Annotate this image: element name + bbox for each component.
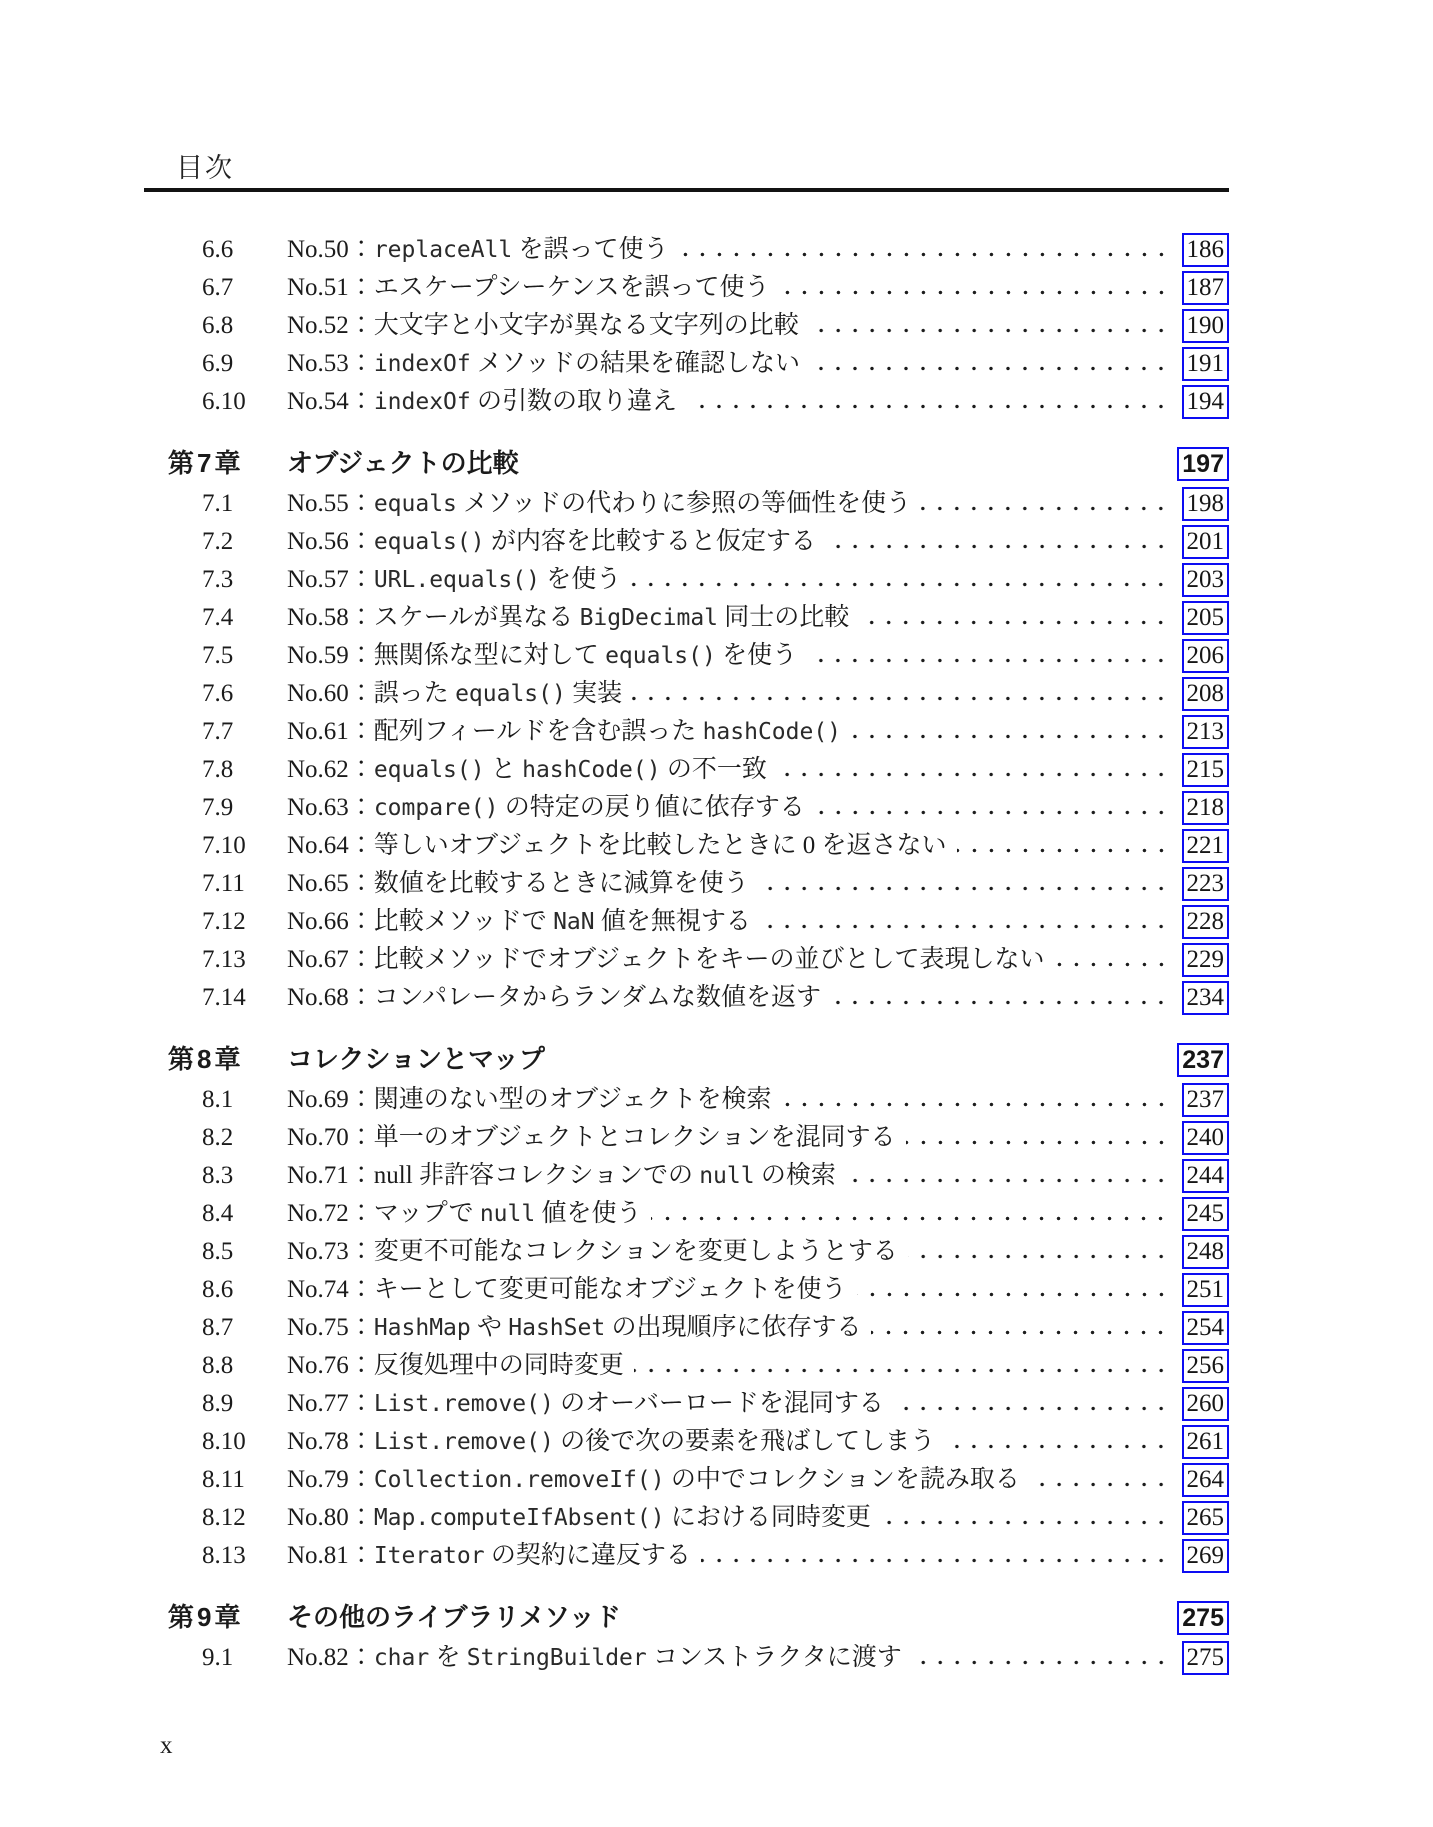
entry-number: 8.11 — [144, 1461, 287, 1499]
entry-number: 6.6 — [144, 231, 287, 269]
page-link[interactable]: 229 — [1182, 943, 1230, 977]
entry-number: 7.1 — [144, 485, 287, 523]
page-link[interactable]: 186 — [1182, 233, 1230, 267]
title-code-segment: equals() — [374, 529, 485, 555]
title-text-segment: No.55： — [287, 490, 374, 517]
title-code-segment: List.remove() — [374, 1391, 554, 1417]
title-text-segment: No.79： — [287, 1466, 374, 1493]
title-text-segment: No.73：変更不可能なコレクションを変更しようとする — [287, 1238, 898, 1265]
dot-leader — [555, 1063, 1165, 1068]
dot-leader — [807, 658, 1169, 663]
title-text-segment: 値を使う — [535, 1200, 641, 1227]
dot-leader — [906, 1140, 1170, 1145]
toc-entry: 7.7 No.61：配列フィールドを含む誤った hashCode() 213 — [144, 713, 1229, 751]
entry-number: 第7章 — [144, 443, 287, 483]
toc-entry: 8.5 No.73：変更不可能なコレクションを変更しようとする 248 — [144, 1233, 1229, 1271]
title-text-segment: No.51：エスケープシーケンスを誤って使う — [287, 274, 770, 301]
toc-entry: 7.8 No.62：equals() と hashCode() の不一致 215 — [144, 751, 1229, 789]
title-code-segment: HashSet — [508, 1315, 605, 1341]
title-code-segment: hashCode() — [703, 719, 841, 745]
title-code-segment: Iterator — [374, 1543, 485, 1569]
toc-entry: 8.4 No.72：マップで null 値を使う 245 — [144, 1195, 1229, 1233]
entry-title: No.66：比較メソッドで NaN 値を無視する — [287, 903, 751, 941]
title-text-segment: の契約に違反する — [485, 1542, 691, 1569]
dot-leader — [777, 772, 1170, 777]
toc-entry: 6.9 No.53：indexOf メソッドの結果を確認しない 191 — [144, 345, 1229, 383]
entry-number: 7.4 — [144, 599, 287, 637]
entry-title: No.54：indexOf の引数の取り違え — [287, 383, 677, 421]
toc-entry: 7.11 No.65：数値を比較するときに減算を使う 223 — [144, 865, 1229, 903]
toc-entry: 8.13 No.81：Iterator の契約に違反する 269 — [144, 1537, 1229, 1575]
entry-title: No.78：List.remove() の後で次の要素を飛ばしてしまう — [287, 1423, 935, 1461]
entry-number: 第9章 — [144, 1597, 287, 1637]
entry-title: No.80：Map.computeIfAbsent() における同時変更 — [287, 1499, 871, 1537]
entry-number: 7.8 — [144, 751, 287, 789]
page-link[interactable]: 191 — [1182, 347, 1230, 381]
title-text-segment: その他のライブラリメソッド — [287, 1602, 621, 1632]
entry-title: No.72：マップで null 値を使う — [287, 1195, 641, 1233]
entry-title: No.59：無関係な型に対して equals() を使う — [287, 637, 797, 675]
entry-title: その他のライブラリメソッド — [287, 1597, 621, 1637]
entry-number: 7.5 — [144, 637, 287, 675]
title-code-segment: HashMap — [374, 1315, 471, 1341]
page-link[interactable]: 206 — [1182, 639, 1230, 673]
entry-number: 7.14 — [144, 979, 287, 1017]
page-link[interactable]: 245 — [1182, 1197, 1230, 1231]
title-text-segment: の検索 — [755, 1162, 836, 1189]
entry-number: 8.1 — [144, 1081, 287, 1119]
title-text-segment: の不一致 — [661, 756, 767, 783]
title-code-segment: NaN — [553, 909, 595, 935]
entry-number: 8.7 — [144, 1309, 287, 1347]
entry-number: 6.10 — [144, 383, 287, 421]
dot-leader — [1055, 962, 1170, 967]
page-link[interactable]: 251 — [1182, 1273, 1230, 1307]
entry-title: No.58：スケールが異なる BigDecimal 同士の比較 — [287, 599, 849, 637]
page-link[interactable]: 213 — [1182, 715, 1230, 749]
page-link[interactable]: 248 — [1182, 1235, 1230, 1269]
entry-number: 8.4 — [144, 1195, 287, 1233]
title-code-segment: equals() — [605, 643, 716, 669]
title-text-segment: メソッドの結果を確認しない — [471, 350, 800, 377]
title-text-segment: No.56： — [287, 528, 374, 555]
running-header: 目次 — [176, 146, 234, 185]
entry-title: No.74：キーとして変更可能なオブジェクトを使う — [287, 1271, 847, 1309]
entry-number: 7.7 — [144, 713, 287, 751]
dot-leader — [846, 1178, 1170, 1183]
toc-entry: 8.12 No.80：Map.computeIfAbsent() における同時変… — [144, 1499, 1229, 1537]
title-text-segment: No.61：配列フィールドを含む誤った — [287, 718, 703, 745]
dot-leader — [857, 1292, 1170, 1297]
dot-leader — [782, 1102, 1170, 1107]
toc-entry: 8.1 No.69：関連のない型のオブジェクトを検索 237 — [144, 1081, 1229, 1119]
title-text-segment: No.81： — [287, 1542, 374, 1569]
page-link[interactable]: 223 — [1182, 867, 1230, 901]
dot-leader — [759, 886, 1170, 891]
toc-list: 6.6 No.50：replaceAll を誤って使う 186 6.7 No.5… — [144, 231, 1229, 1677]
title-text-segment: が内容を比較すると仮定する — [485, 528, 816, 555]
page-link[interactable]: 215 — [1182, 753, 1230, 787]
entry-number: 8.8 — [144, 1347, 287, 1385]
dot-leader — [631, 1621, 1165, 1626]
entry-title: No.60：誤った equals() 実装 — [287, 675, 622, 713]
title-text-segment: No.65：数値を比較するときに減算を使う — [287, 870, 749, 897]
title-text-segment: No.67：比較メソッドでオブジェクトをキーの並びとして表現しない — [287, 946, 1045, 973]
page-link[interactable]: 228 — [1182, 905, 1230, 939]
entry-number: 6.9 — [144, 345, 287, 383]
page-link[interactable]: 244 — [1182, 1159, 1230, 1193]
title-text-segment: の後で次の要素を飛ばしてしまう — [554, 1428, 935, 1455]
page-link[interactable]: 264 — [1182, 1463, 1230, 1497]
title-text-segment: オブジェクトの比較 — [287, 448, 519, 478]
entry-title: No.68：コンパレータからランダムな数値を返す — [287, 979, 821, 1017]
title-text-segment: No.59：無関係な型に対して — [287, 642, 605, 669]
entry-number: 7.3 — [144, 561, 287, 599]
title-text-segment: と — [485, 756, 523, 783]
entry-number: 第8章 — [144, 1039, 287, 1079]
title-code-segment: Map.computeIfAbsent() — [374, 1505, 665, 1531]
dot-leader — [634, 1368, 1170, 1373]
entry-number: 8.10 — [144, 1423, 287, 1461]
title-code-segment: replaceAll — [374, 237, 512, 263]
title-text-segment: No.58：スケールが異なる — [287, 604, 580, 631]
footer-page-number: x — [160, 1732, 173, 1760]
toc-entry: 第8章 コレクションとマップ 237 — [144, 1039, 1229, 1079]
page-link[interactable]: 194 — [1182, 385, 1230, 419]
dot-leader — [651, 1216, 1169, 1221]
title-text-segment: や — [471, 1314, 509, 1341]
title-text-segment: No.75： — [287, 1314, 374, 1341]
toc-entry: 6.6 No.50：replaceAll を誤って使う 186 — [144, 231, 1229, 269]
title-text-segment: コレクションとマップ — [287, 1044, 545, 1074]
title-text-segment: No.52：大文字と小文字が異なる文字列の比較 — [287, 312, 799, 339]
title-text-segment: No.68：コンパレータからランダムな数値を返す — [287, 984, 821, 1011]
entry-number: 8.12 — [144, 1499, 287, 1537]
dot-leader — [701, 1558, 1170, 1563]
toc-entry: 7.6 No.60：誤った equals() 実装 208 — [144, 675, 1229, 713]
toc-entry: 7.1 No.55：equals メソッドの代わりに参照の等価性を使う 198 — [144, 485, 1229, 523]
toc-entry: 6.10 No.54：indexOf の引数の取り違え 194 — [144, 383, 1229, 421]
title-code-segment: StringBuilder — [467, 1645, 647, 1671]
page-link[interactable]: 269 — [1182, 1539, 1230, 1573]
title-text-segment: のオーバーロードを混同する — [554, 1390, 884, 1417]
title-code-segment: indexOf — [374, 389, 471, 415]
toc-entry: 7.4 No.58：スケールが異なる BigDecimal 同士の比較 205 — [144, 599, 1229, 637]
title-text-segment: の中でコレクションを読み取る — [665, 1466, 1020, 1493]
page-link[interactable]: 265 — [1182, 1501, 1230, 1535]
title-text-segment: No.62： — [287, 756, 374, 783]
dot-leader — [687, 404, 1169, 409]
toc-entry: 第9章 その他のライブラリメソッド 275 — [144, 1597, 1229, 1637]
dot-leader — [810, 366, 1169, 371]
title-text-segment: No.63： — [287, 794, 374, 821]
page-link[interactable]: 190 — [1182, 309, 1230, 343]
page-link[interactable]: 275 — [1177, 1601, 1229, 1635]
entry-title: No.79：Collection.removeIf() の中でコレクションを読み… — [287, 1461, 1020, 1499]
title-text-segment: No.72：マップで — [287, 1200, 480, 1227]
title-text-segment: の出現順序に依存する — [605, 1314, 861, 1341]
entry-title: No.77：List.remove() のオーバーロードを混同する — [287, 1385, 884, 1423]
entry-title: No.75：HashMap や HashSet の出現順序に依存する — [287, 1309, 861, 1347]
entry-number: 7.6 — [144, 675, 287, 713]
toc-entry: 8.9 No.77：List.remove() のオーバーロードを混同する 26… — [144, 1385, 1229, 1423]
dot-leader — [851, 734, 1169, 739]
entry-title: No.53：indexOf メソッドの結果を確認しない — [287, 345, 800, 383]
dot-leader — [826, 544, 1170, 549]
entry-title: オブジェクトの比較 — [287, 443, 519, 483]
title-code-segment: equals() — [374, 757, 485, 783]
dot-leader — [871, 1330, 1169, 1335]
page-link[interactable]: 203 — [1182, 563, 1230, 597]
title-text-segment: を誤って使う — [512, 236, 668, 263]
entry-title: No.67：比較メソッドでオブジェクトをキーの並びとして表現しない — [287, 941, 1045, 979]
title-text-segment: の引数の取り違え — [471, 388, 677, 415]
entry-number: 6.7 — [144, 269, 287, 307]
entry-number: 7.2 — [144, 523, 287, 561]
toc-entry: 8.2 No.70：単一のオブジェクトとコレクションを混同する 240 — [144, 1119, 1229, 1157]
title-text-segment: 実装 — [566, 680, 622, 707]
title-text-segment: コンストラクタに渡す — [647, 1644, 902, 1671]
dot-leader — [957, 848, 1170, 853]
toc-entry: 7.10 No.64：等しいオブジェクトを比較したときに 0 を返さない 221 — [144, 827, 1229, 865]
dot-leader — [859, 620, 1169, 625]
entry-number: 8.6 — [144, 1271, 287, 1309]
entry-title: No.55：equals メソッドの代わりに参照の等価性を使う — [287, 485, 911, 523]
dot-leader — [761, 924, 1170, 929]
page-link[interactable]: 254 — [1182, 1311, 1230, 1345]
title-code-segment: compare() — [374, 795, 499, 821]
toc-entry: 6.8 No.52：大文字と小文字が異なる文字列の比較 190 — [144, 307, 1229, 345]
page-link[interactable]: 240 — [1182, 1121, 1230, 1155]
toc-entry: 8.3 No.71：null 非許容コレクションでの null の検索 244 — [144, 1157, 1229, 1195]
title-text-segment: No.54： — [287, 388, 374, 415]
entry-number: 8.13 — [144, 1537, 287, 1575]
dot-leader — [945, 1444, 1169, 1449]
title-code-segment: hashCode() — [522, 757, 660, 783]
entry-title: No.50：replaceAll を誤って使う — [287, 231, 669, 269]
entry-title: No.52：大文字と小文字が異なる文字列の比較 — [287, 307, 799, 345]
title-code-segment: null — [480, 1201, 535, 1227]
page-link[interactable]: 237 — [1177, 1043, 1229, 1077]
entry-title: No.62：equals() と hashCode() の不一致 — [287, 751, 767, 789]
page-link[interactable]: 198 — [1182, 487, 1230, 521]
entry-title: No.56：equals() が内容を比較すると仮定する — [287, 523, 816, 561]
title-text-segment: No.66：比較メソッドで — [287, 908, 553, 935]
entry-number: 7.13 — [144, 941, 287, 979]
toc-entry: 8.11 No.79：Collection.removeIf() の中でコレクシ… — [144, 1461, 1229, 1499]
page-link[interactable]: 221 — [1182, 829, 1230, 863]
title-text-segment: No.50： — [287, 236, 374, 263]
title-text-segment: No.80： — [287, 1504, 374, 1531]
entry-title: No.51：エスケープシーケンスを誤って使う — [287, 269, 770, 307]
dot-leader — [912, 1660, 1170, 1665]
entry-title: No.63：compare() の特定の戻り値に依存する — [287, 789, 805, 827]
title-code-segment: null — [699, 1163, 754, 1189]
toc-entry: 7.9 No.63：compare() の特定の戻り値に依存する 218 — [144, 789, 1229, 827]
title-text-segment: の特定の戻り値に依存する — [498, 794, 804, 821]
page-link[interactable]: 208 — [1182, 677, 1230, 711]
title-text-segment: No.60：誤った — [287, 680, 455, 707]
entry-title: コレクションとマップ — [287, 1039, 545, 1079]
toc-entry: 8.10 No.78：List.remove() の後で次の要素を飛ばしてしまう… — [144, 1423, 1229, 1461]
dot-leader — [529, 467, 1166, 472]
toc-page: 目次 6.6 No.50：replaceAll を誤って使う 186 6.7 N… — [0, 0, 1433, 1827]
title-text-segment: 同士の比較 — [718, 604, 849, 631]
title-text-segment: No.76：反復処理中の同時変更 — [287, 1352, 624, 1379]
entry-number: 6.8 — [144, 307, 287, 345]
entry-title: No.65：数値を比較するときに減算を使う — [287, 865, 749, 903]
entry-title: No.73：変更不可能なコレクションを変更しようとする — [287, 1233, 898, 1271]
title-text-segment: における同時変更 — [665, 1504, 871, 1531]
title-code-segment: equals — [374, 491, 457, 517]
title-text-segment: No.78： — [287, 1428, 374, 1455]
dot-leader — [908, 1254, 1170, 1259]
title-text-segment: No.53： — [287, 350, 374, 377]
entry-title: No.82：char を StringBuilder コンストラクタに渡す — [287, 1639, 902, 1677]
dot-leader — [921, 506, 1169, 511]
toc-entry: 7.13 No.67：比較メソッドでオブジェクトをキーの並びとして表現しない 2… — [144, 941, 1229, 979]
entry-title: No.61：配列フィールドを含む誤った hashCode() — [287, 713, 841, 751]
toc-entry: 7.3 No.57：URL.equals() を使う 203 — [144, 561, 1229, 599]
page-link[interactable]: 201 — [1182, 525, 1230, 559]
toc-entry: 第7章 オブジェクトの比較 197 — [144, 443, 1229, 483]
entry-title: No.69：関連のない型のオブジェクトを検索 — [287, 1081, 772, 1119]
entry-title: No.57：URL.equals() を使う — [287, 561, 621, 599]
entry-title: No.81：Iterator の契約に違反する — [287, 1537, 691, 1575]
dot-leader — [894, 1406, 1170, 1411]
entry-number: 7.12 — [144, 903, 287, 941]
toc-entry: 8.6 No.74：キーとして変更可能なオブジェクトを使う 251 — [144, 1271, 1229, 1309]
toc-entry: 7.12 No.66：比較メソッドで NaN 値を無視する 228 — [144, 903, 1229, 941]
title-text-segment: No.77： — [287, 1390, 374, 1417]
page-link[interactable]: 234 — [1182, 981, 1230, 1015]
dot-leader — [815, 810, 1170, 815]
toc-entry: 7.2 No.56：equals() が内容を比較すると仮定する 201 — [144, 523, 1229, 561]
page-link[interactable]: 275 — [1182, 1641, 1230, 1675]
title-text-segment: No.69：関連のない型のオブジェクトを検索 — [287, 1086, 772, 1113]
toc-entry: 9.1 No.82：char を StringBuilder コンストラクタに渡… — [144, 1639, 1229, 1677]
title-text-segment: No.64：等しいオブジェクトを比較したときに 0 を返さない — [287, 832, 947, 859]
page-link[interactable]: 218 — [1182, 791, 1230, 825]
entry-number: 7.11 — [144, 865, 287, 903]
title-code-segment: Collection.removeIf() — [374, 1467, 665, 1493]
title-text-segment: を使う — [540, 566, 621, 593]
entry-number: 8.2 — [144, 1119, 287, 1157]
title-code-segment: equals() — [455, 681, 566, 707]
title-code-segment: indexOf — [374, 351, 471, 377]
page-link[interactable]: 261 — [1182, 1425, 1230, 1459]
entry-number: 8.9 — [144, 1385, 287, 1423]
page-link[interactable]: 260 — [1182, 1387, 1230, 1421]
title-code-segment: List.remove() — [374, 1429, 554, 1455]
entry-number: 7.9 — [144, 789, 287, 827]
title-code-segment: BigDecimal — [580, 605, 718, 631]
title-text-segment: を — [429, 1644, 467, 1671]
entry-title: No.71：null 非許容コレクションでの null の検索 — [287, 1157, 836, 1195]
dot-leader — [780, 290, 1170, 295]
title-text-segment: メソッドの代わりに参照の等価性を使う — [457, 490, 911, 517]
entry-number: 8.5 — [144, 1233, 287, 1271]
toc-entry: 8.8 No.76：反復処理中の同時変更 256 — [144, 1347, 1229, 1385]
dot-leader — [881, 1520, 1170, 1525]
page-link[interactable]: 197 — [1177, 447, 1229, 481]
dot-leader — [679, 252, 1170, 257]
entry-number: 7.10 — [144, 827, 287, 865]
dot-leader — [831, 1000, 1169, 1005]
dot-leader — [631, 582, 1169, 587]
page-link[interactable]: 205 — [1182, 601, 1230, 635]
page-link[interactable]: 256 — [1182, 1349, 1230, 1383]
dot-leader — [1030, 1482, 1170, 1487]
dot-leader — [632, 696, 1169, 701]
toc-entry: 7.5 No.59：無関係な型に対して equals() を使う 206 — [144, 637, 1229, 675]
title-text-segment: No.57： — [287, 566, 374, 593]
entry-title: No.76：反復処理中の同時変更 — [287, 1347, 624, 1385]
dot-leader — [809, 328, 1170, 333]
title-text-segment: No.74：キーとして変更可能なオブジェクトを使う — [287, 1276, 847, 1303]
entry-title: No.64：等しいオブジェクトを比較したときに 0 を返さない — [287, 827, 947, 865]
page-link[interactable]: 237 — [1182, 1083, 1230, 1117]
title-text-segment: を使う — [716, 642, 797, 669]
entry-number: 9.1 — [144, 1639, 287, 1677]
entry-number: 8.3 — [144, 1157, 287, 1195]
title-text-segment: 値を無視する — [595, 908, 751, 935]
title-code-segment: URL.equals() — [374, 567, 540, 593]
title-text-segment: No.71：null 非許容コレクションでの — [287, 1162, 699, 1189]
toc-entry: 8.7 No.75：HashMap や HashSet の出現順序に依存する 2… — [144, 1309, 1229, 1347]
page-link[interactable]: 187 — [1182, 271, 1230, 305]
header-rule — [144, 188, 1229, 192]
title-text-segment: No.70：単一のオブジェクトとコレクションを混同する — [287, 1124, 896, 1151]
toc-entry: 6.7 No.51：エスケープシーケンスを誤って使う 187 — [144, 269, 1229, 307]
toc-entry: 7.14 No.68：コンパレータからランダムな数値を返す 234 — [144, 979, 1229, 1017]
title-code-segment: char — [374, 1645, 429, 1671]
title-text-segment: No.82： — [287, 1644, 374, 1671]
entry-title: No.70：単一のオブジェクトとコレクションを混同する — [287, 1119, 896, 1157]
